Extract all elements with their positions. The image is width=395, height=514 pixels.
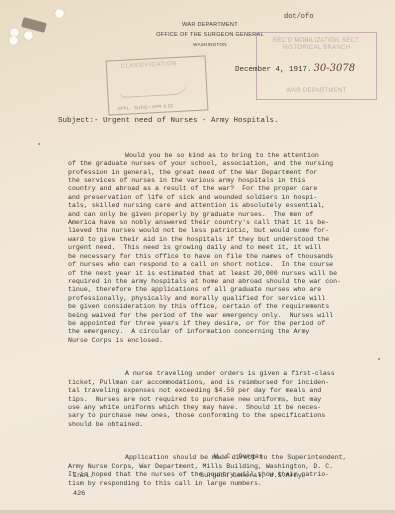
punch-hole-icon [24, 31, 33, 40]
punch-hole-icon [9, 36, 18, 45]
letter-date: December 4, 1917.30-3078 [235, 63, 355, 74]
handwritten-reference: 30-3078 [314, 63, 356, 74]
date-text: December 4, 1917. [235, 66, 312, 74]
paper-speck [378, 358, 380, 360]
signature-title: Surgeon General, U.S.Army. [200, 472, 306, 480]
signature-scribble [118, 79, 189, 98]
page-bottom-edge [0, 510, 395, 514]
paragraph-2: A nurse traveling under orders is given … [68, 370, 368, 429]
subject-line: Subject:- Urgent need of Nurses - Army H… [58, 117, 279, 125]
file-code: dot/ofo [284, 13, 313, 21]
enclosure-note: Incl. [73, 472, 93, 480]
letterhead-department: WAR DEPARTMENT [140, 22, 280, 28]
paper-speck [38, 143, 40, 145]
page-number: 426 [73, 490, 85, 498]
signature-name: W. C. Gorgas [214, 453, 263, 461]
punch-hole-icon [55, 9, 64, 18]
filing-stamp: CLASSIFICATION APPL - SURG • APR 8 18 [106, 55, 209, 115]
paragraph-1: Would you be so kind as to bring to the … [68, 152, 368, 345]
letter-body: Would you be so kind as to bring to the … [68, 135, 368, 505]
